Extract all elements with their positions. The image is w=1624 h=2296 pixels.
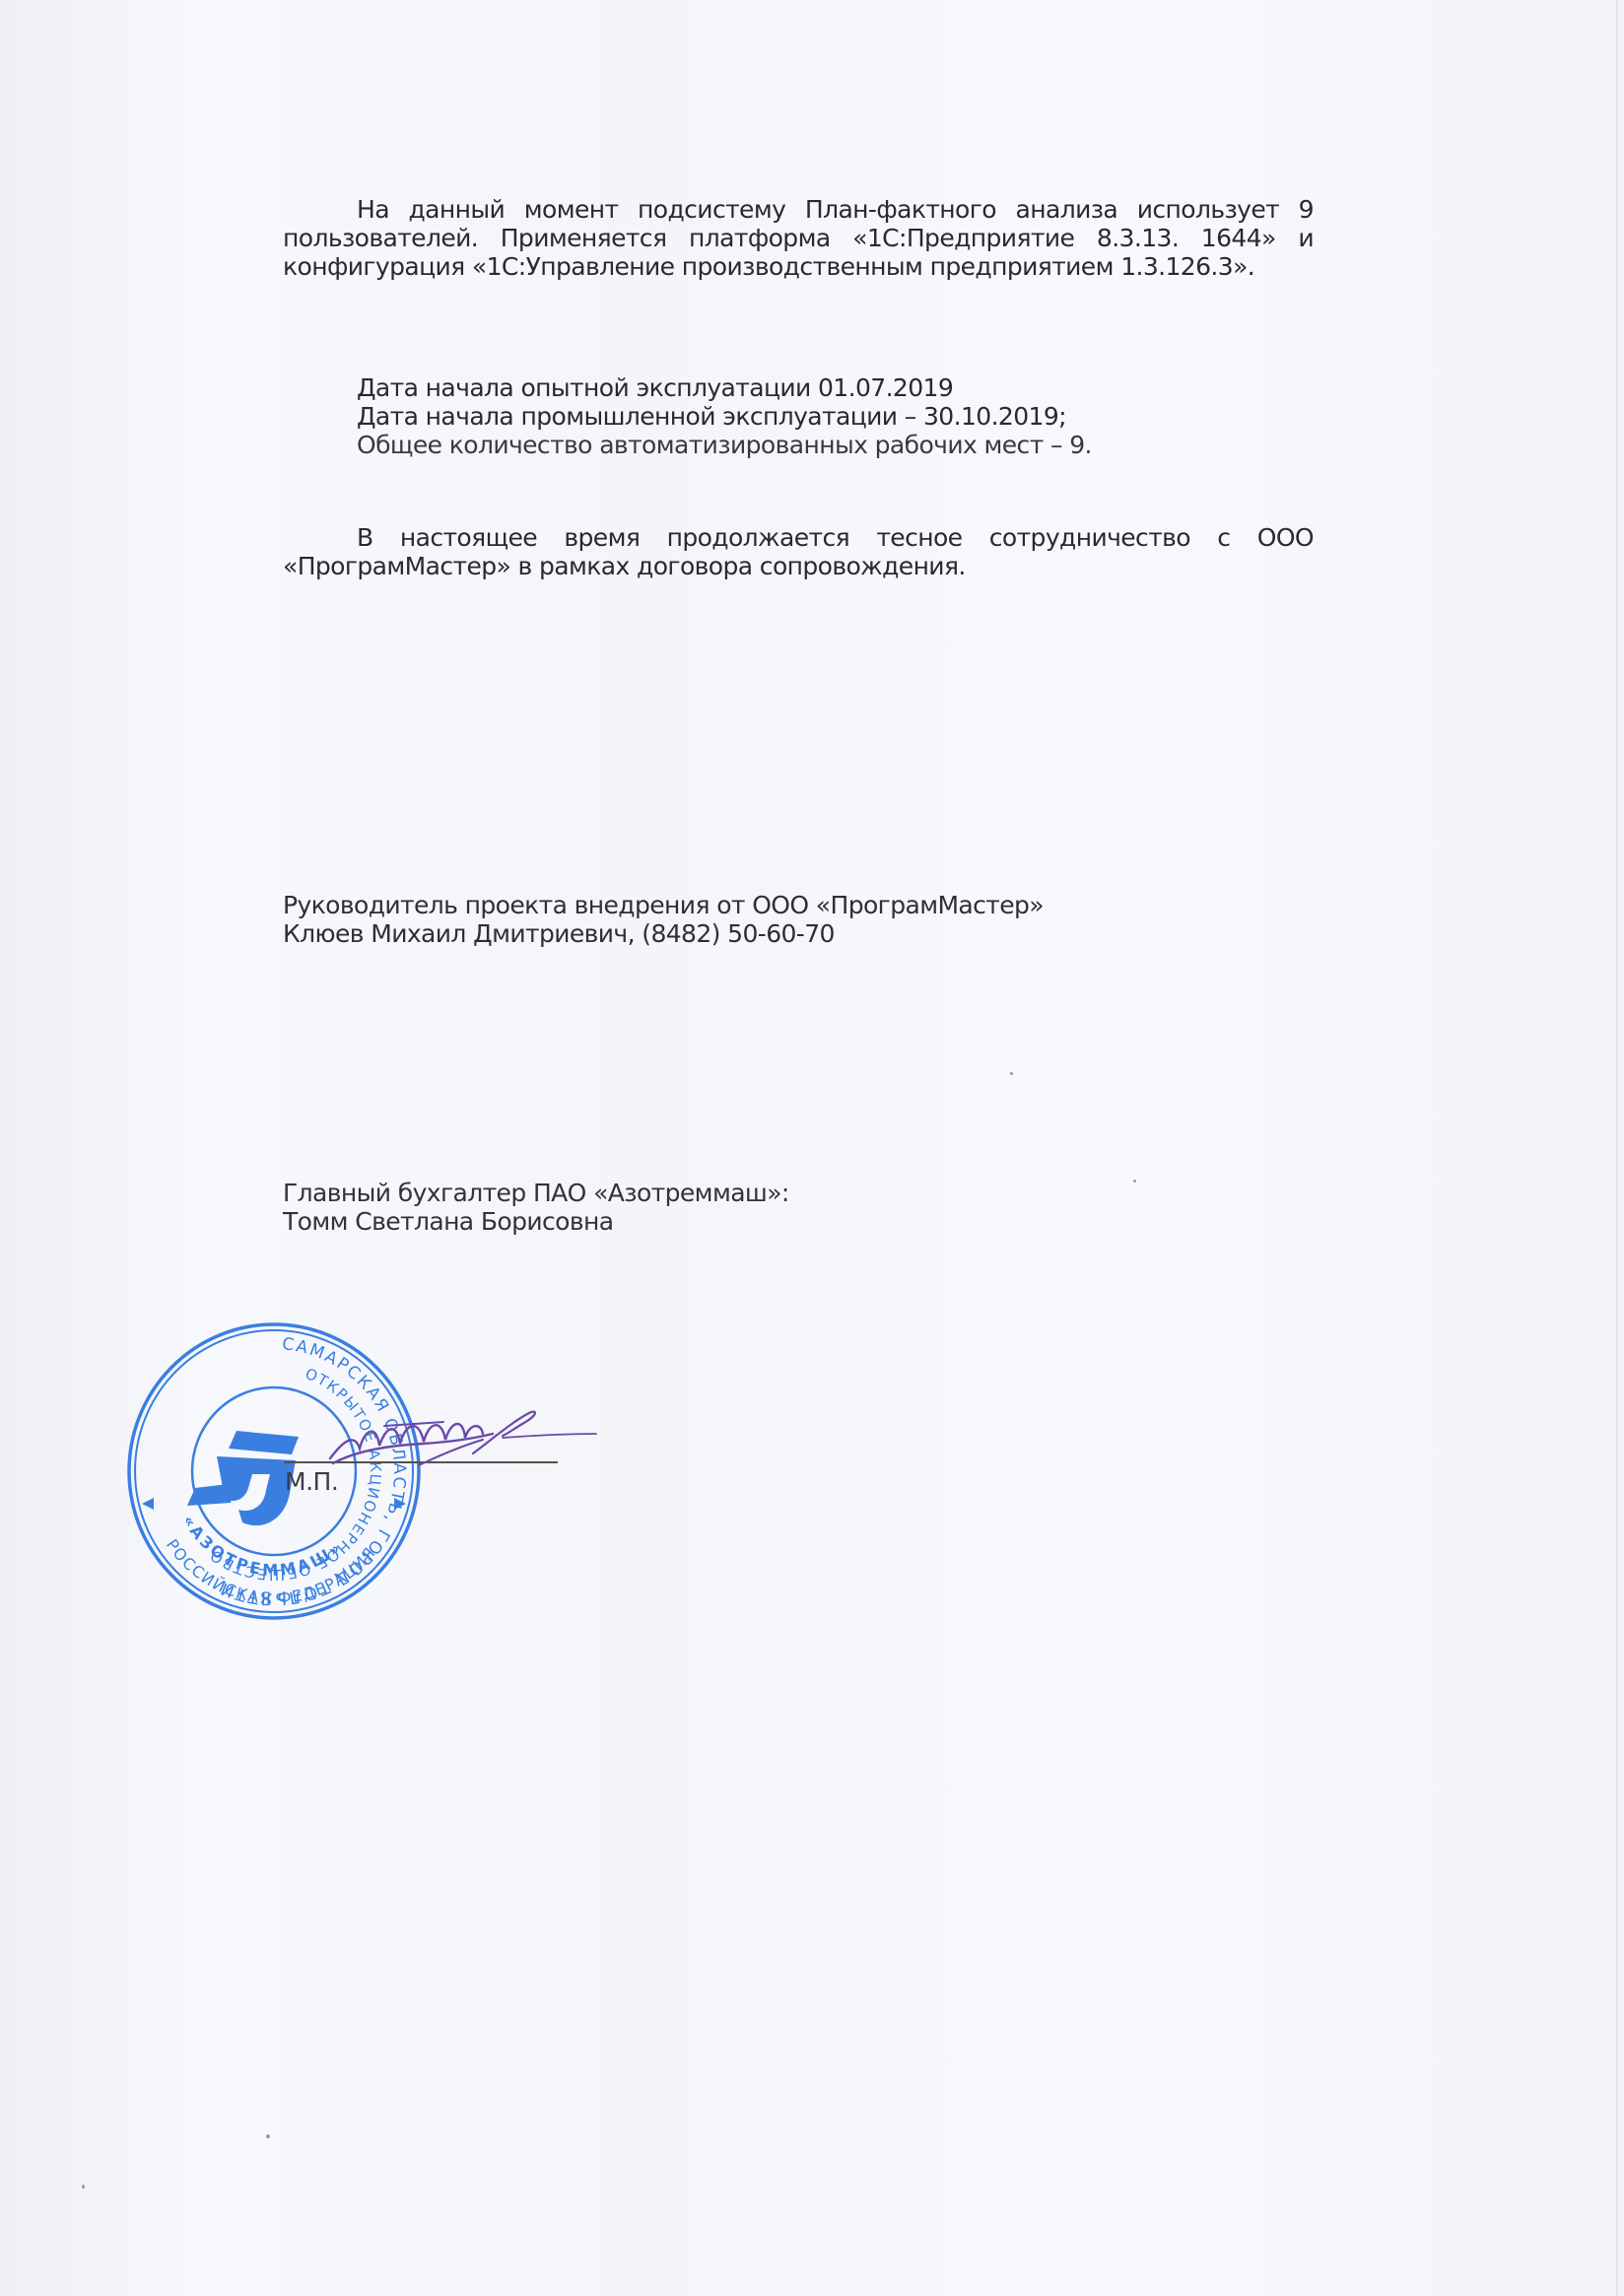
stamp-triangle-left-icon	[142, 1498, 154, 1510]
chief-accountant-name: Томм Светлана Борисовна	[283, 1207, 1314, 1236]
intro-paragraph-block: На данный момент подсистему План-фактног…	[283, 195, 1314, 281]
production-start-date: Дата начала промышленной эксплуатации – …	[283, 402, 1314, 431]
chief-accountant-block: Главный бухгалтер ПАО «Азотреммаш»: Томм…	[283, 1179, 1314, 1236]
seal-placeholder-label: М.П.	[285, 1467, 338, 1496]
signature-icon	[325, 1404, 601, 1478]
cooperation-paragraph-block: В настоящее время продолжается тесное со…	[283, 523, 1314, 580]
workstations-count: Общее количество автоматизированных рабо…	[283, 431, 1314, 459]
page-edge-shadow	[1616, 0, 1618, 2296]
trial-start-date: Дата начала опытной эксплуатации 01.07.2…	[283, 373, 1314, 402]
scan-speck	[1133, 1180, 1136, 1182]
intro-paragraph: На данный момент подсистему План-фактног…	[283, 195, 1314, 281]
exploitation-dates-block: Дата начала опытной эксплуатации 01.07.2…	[283, 373, 1314, 459]
project-lead-title: Руководитель проекта внедрения от ООО «П…	[283, 891, 1314, 919]
project-lead-name-phone: Клюев Михаил Дмитриевич, (8482) 50-60-70	[283, 919, 1314, 948]
cooperation-paragraph: В настоящее время продолжается тесное со…	[283, 523, 1314, 580]
chief-accountant-title: Главный бухгалтер ПАО «Азотреммаш»:	[283, 1179, 1314, 1207]
project-lead-block: Руководитель проекта внедрения от ООО «П…	[283, 891, 1314, 948]
scan-speck	[266, 2134, 270, 2138]
stamp-logo-icon	[187, 1431, 299, 1525]
scan-speck	[82, 2185, 85, 2189]
scan-speck	[1010, 1072, 1013, 1075]
